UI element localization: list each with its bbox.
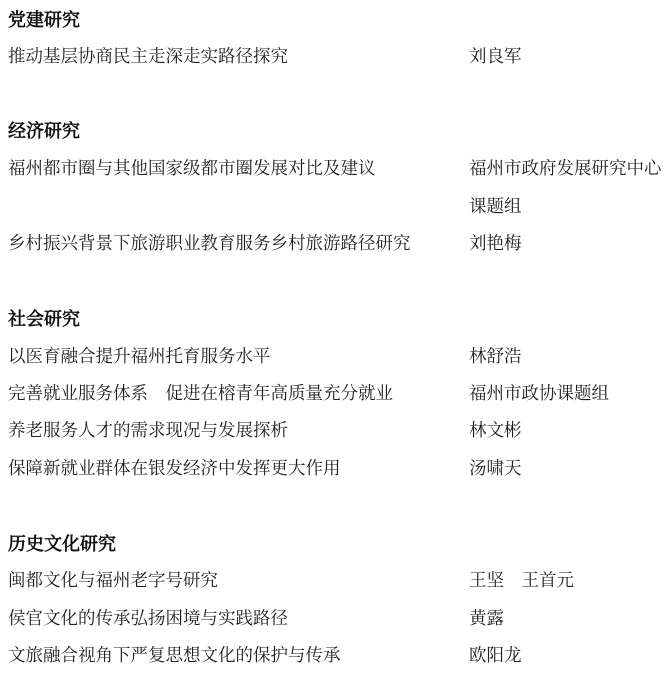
- entry-title: 文旅融合视角下严复思想文化的保护与传承: [8, 638, 341, 675]
- toc-entry: 侯官文化的传承弘扬困境与实践路径 黄露: [8, 601, 668, 638]
- entry-title: 闽都文化与福州老字号研究: [8, 563, 218, 600]
- entry-author: 刘艳梅: [469, 226, 668, 264]
- entry-author: 汤啸天: [469, 451, 668, 489]
- entry-author: 林舒浩: [469, 339, 668, 377]
- entry-title: 福州都市圈与其他国家级都市圈发展对比及建议: [8, 151, 376, 188]
- entry-title: 乡村振兴背景下旅游职业教育服务乡村旅游路径研究: [8, 226, 411, 263]
- section-heading-society: 社会研究: [8, 301, 80, 338]
- entry-author: 福州市政府发展研究中心课题组: [469, 151, 668, 226]
- entry-author: 林文彬: [469, 413, 668, 451]
- entry-title: 推动基层协商民主走深走实路径探究: [8, 39, 288, 76]
- entry-author: 福州市政协课题组: [469, 376, 668, 414]
- entry-title: 完善就业服务体系 促进在榕青年高质量充分就业: [8, 376, 393, 413]
- entry-title: 保障新就业群体在银发经济中发挥更大作用: [8, 451, 341, 488]
- entry-title: 以医育融合提升福州托育服务水平: [8, 339, 271, 376]
- entry-title: 养老服务人才的需求现况与发展探析: [8, 413, 288, 450]
- toc-entry: 福州都市圈与其他国家级都市圈发展对比及建议 福州市政府发展研究中心课题组: [8, 151, 668, 226]
- section-heading-history-culture: 历史文化研究: [8, 526, 116, 563]
- toc-entry: 保障新就业群体在银发经济中发挥更大作用 汤啸天: [8, 451, 668, 488]
- section-heading-economy: 经济研究: [8, 113, 80, 150]
- toc-entry: 闽都文化与福州老字号研究 王坚 王首元: [8, 563, 668, 600]
- toc-entry: 乡村振兴背景下旅游职业教育服务乡村旅游路径研究 刘艳梅: [8, 226, 668, 263]
- entry-author: 刘良军: [469, 39, 668, 77]
- toc-entry: 完善就业服务体系 促进在榕青年高质量充分就业 福州市政协课题组: [8, 376, 668, 413]
- section-heading-party-building: 党建研究: [8, 2, 80, 39]
- toc-entry: 推动基层协商民主走深走实路径探究 刘良军: [8, 39, 668, 76]
- toc-entry: 以医育融合提升福州托育服务水平 林舒浩: [8, 339, 668, 376]
- entry-author: 黄露: [469, 601, 668, 639]
- toc-entry: 养老服务人才的需求现况与发展探析 林文彬: [8, 413, 668, 450]
- entry-title: 侯官文化的传承弘扬困境与实践路径: [8, 601, 288, 638]
- entry-author: 欧阳龙: [469, 638, 668, 676]
- toc-entry: 文旅融合视角下严复思想文化的保护与传承 欧阳龙: [8, 638, 668, 675]
- entry-author: 王坚 王首元: [469, 563, 668, 601]
